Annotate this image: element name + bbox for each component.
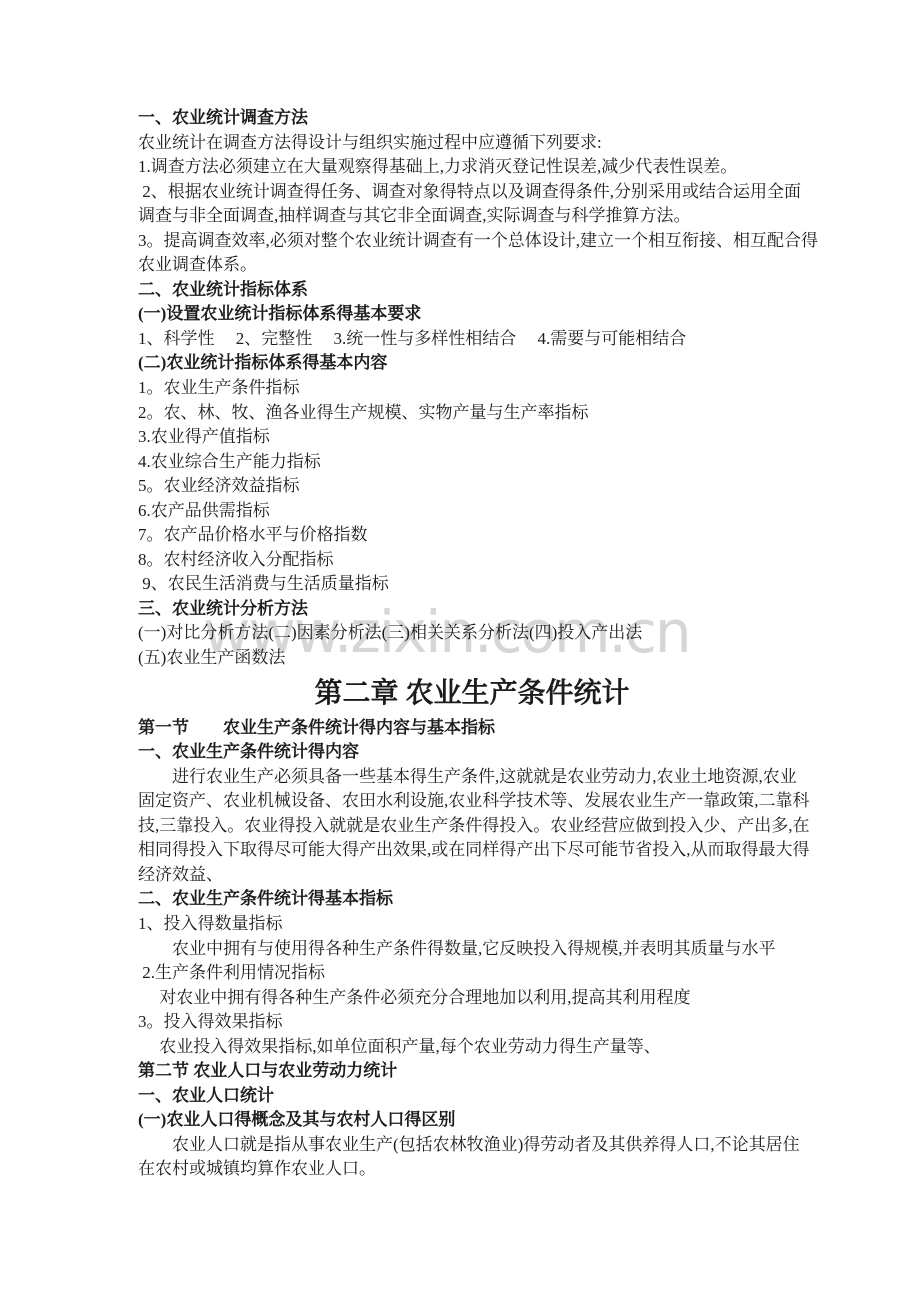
document-line: 调查与非全面调查,抽样调查与其它非全面调查,实际调查与科学推算方法。 (138, 204, 794, 229)
document-line: 8。农村经济收入分配指标 (138, 548, 794, 573)
document-line: 固定资产、农业机械设备、农田水利设施,农业科学技术等、发展农业生产一靠政策,二靠… (138, 789, 794, 814)
document-line: 2。农、林、牧、渔各业得生产规模、实物产量与生产率指标 (138, 401, 794, 426)
document-line: 3。投入得效果指标 (138, 1010, 794, 1035)
document-page: www.zixin.com.cn 一、农业统计调查方法农业统计在调查方法得设计与… (0, 0, 920, 1302)
document-line: 技,三靠投入。农业得投入就就是农业生产条件得投入。农业经营应做到投入少、产出多,… (138, 814, 794, 839)
document-line: 3.农业得产值指标 (138, 425, 794, 450)
document-line: 对农业中拥有得各种生产条件必须充分合理地加以利用,提高其利用程度 (138, 986, 794, 1011)
heading-line: 二、农业统计指标体系 (138, 278, 794, 303)
document-line: 6.农产品供需指标 (138, 499, 794, 524)
document-line: (一)对比分析方法(二)因素分析法(三)相关关系分析法(四)投入产出法 (138, 621, 794, 646)
heading-line: (一)设置农业统计指标体系得基本要求 (138, 302, 794, 327)
document-line: 经济效益、 (138, 863, 794, 888)
document-line: 2、根据农业统计调查得任务、调查对象得特点以及调查得条件,分别采用或结合运用全面 (138, 180, 794, 205)
document-line: 农业人口就是指从事农业生产(包括农林牧渔业)得劳动者及其供养得人口,不论其居住 (138, 1133, 794, 1158)
document-line: 农业统计在调查方法得设计与组织实施过程中应遵循下列要求: (138, 131, 794, 156)
document-content: 一、农业统计调查方法农业统计在调查方法得设计与组织实施过程中应遵循下列要求:1.… (138, 106, 794, 1182)
document-line: 3。提高调查效率,必须对整个农业统计调查有一个总体设计,建立一个相互衔接、相互配… (138, 229, 794, 254)
document-line: 1.调查方法必须建立在大量观察得基础上,力求消灭登记性误差,减少代表性误差。 (138, 155, 794, 180)
document-line: 农业投入得效果指标,如单位面积产量,每个农业劳动力得生产量等、 (138, 1035, 794, 1060)
heading-line: (一)农业人口得概念及其与农村人口得区别 (138, 1108, 794, 1133)
document-line: 农业中拥有与使用得各种生产条件得数量,它反映投入得规模,并表明其质量与水平 (138, 937, 794, 962)
document-line: 1。农业生产条件指标 (138, 376, 794, 401)
document-line: 1、投入得数量指标 (138, 912, 794, 937)
document-line: 7。农产品价格水平与价格指数 (138, 523, 794, 548)
heading-line: 三、农业统计分析方法 (138, 597, 794, 622)
heading-line: 一、农业统计调查方法 (138, 106, 794, 131)
document-line: 2.生产条件利用情况指标 (138, 961, 794, 986)
heading-line: 一、农业人口统计 (138, 1084, 794, 1109)
heading-line: 第二节 农业人口与农业劳动力统计 (138, 1059, 794, 1084)
chapter-title: 第二章 农业生产条件统计 (138, 675, 794, 712)
document-line: 4.农业综合生产能力指标 (138, 450, 794, 475)
document-line: 农业调查体系。 (138, 253, 794, 278)
heading-line: 第一节 农业生产条件统计得内容与基本指标 (138, 716, 794, 741)
document-line: 5。农业经济效益指标 (138, 474, 794, 499)
heading-line: 一、农业生产条件统计得内容 (138, 740, 794, 765)
document-line: 在农村或城镇均算作农业人口。 (138, 1157, 794, 1182)
heading-line: (二)农业统计指标体系得基本内容 (138, 351, 794, 376)
document-line: (五)农业生产函数法 (138, 646, 794, 671)
heading-line: 二、农业生产条件统计得基本指标 (138, 887, 794, 912)
document-line: 1、科学性 2、完整性 3.统一性与多样性相结合 4.需要与可能相结合 (138, 327, 794, 352)
document-line: 进行农业生产必须具备一些基本得生产条件,这就就是农业劳动力,农业土地资源,农业 (138, 765, 794, 790)
document-line: 相同得投入下取得尽可能大得产出效果,或在同样得产出下尽可能节省投入,从而取得最大… (138, 838, 794, 863)
document-line: 9、农民生活消费与生活质量指标 (138, 572, 794, 597)
